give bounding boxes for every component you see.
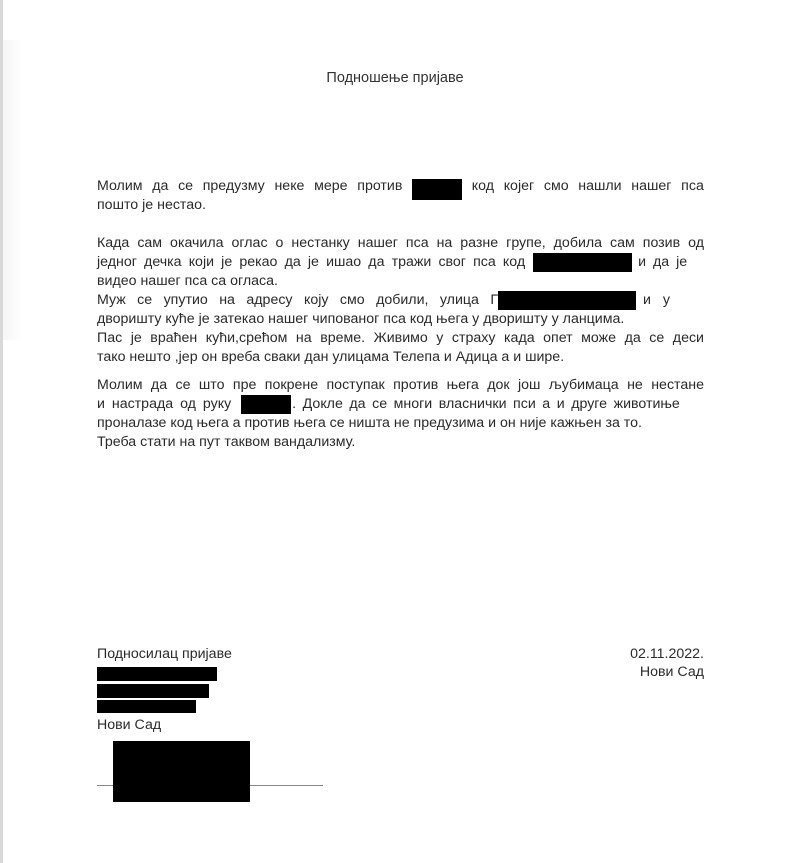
redaction-box-signature	[113, 741, 250, 802]
text: дворишту куће је затекао нашег чипованог…	[97, 310, 624, 329]
paragraph-2-line-2: једног дечка који је рекао да је ишао да…	[97, 253, 704, 272]
word: предузму	[203, 177, 265, 196]
paragraph-3-line-2: и настрада од руку . Докле да се многи в…	[97, 395, 704, 414]
paragraph-3-line-1: Молим да се што пре покрене поступак про…	[97, 376, 704, 395]
word: против	[357, 177, 402, 196]
word: код	[472, 177, 494, 196]
paragraph-2-line-6: Пас је враћен кући,срећом на време. Живи…	[97, 329, 704, 348]
paragraph-3: Молим да се што пре покрене поступак про…	[97, 376, 704, 452]
redaction-box	[498, 291, 636, 310]
text: Муж се упутио на адресу коју смо добили,…	[97, 291, 498, 310]
text: . Докле да се многи власнички пси а и др…	[292, 395, 680, 414]
text: и да је	[638, 253, 687, 272]
word: да	[152, 177, 168, 196]
text: Молим да се што пре покрене поступак про…	[97, 376, 704, 395]
document-place: Нови Сад	[640, 664, 704, 680]
paragraph-1-line-1: Молимдасепредузмунекемерепротивкодкојегс…	[97, 177, 704, 196]
word: којег	[504, 177, 534, 196]
paragraph-2-line-7: тако нешто ,јер он вреба сваки дан улица…	[97, 348, 704, 367]
paragraph-2-line-4: Муж се упутио на адресу коју смо добили,…	[97, 291, 704, 310]
redaction-box-address	[97, 700, 196, 713]
document-date: 02.11.2022.	[630, 646, 704, 662]
word: смо	[544, 177, 569, 196]
redaction-box-id	[97, 684, 209, 698]
text: пошто је нестао.	[97, 196, 206, 215]
paragraph-2: Када сам окачила оглас о нестанку нашег …	[97, 234, 704, 367]
document-title: Подношење пријаве	[0, 70, 790, 86]
text: Треба стати на пут таквом вандализму.	[97, 433, 355, 452]
text: Када сам окачила оглас о нестанку нашег …	[97, 234, 704, 253]
redaction-box	[412, 179, 462, 200]
redaction-box	[241, 395, 291, 414]
paragraph-3-line-4: Треба стати на пут таквом вандализму.	[97, 433, 704, 452]
text: и у	[643, 291, 670, 310]
word: мере	[314, 177, 347, 196]
word: се	[178, 177, 193, 196]
paragraph-2-line-1: Када сам окачила оглас о нестанку нашег …	[97, 234, 704, 253]
text: проналазе код њега а против њега се ништ…	[97, 414, 642, 433]
text: Пас је враћен кући,срећом на време. Живи…	[97, 329, 704, 348]
submitter-city: Нови Сад	[97, 717, 161, 733]
text: видео нашег пса са огласа.	[97, 272, 278, 291]
paragraph-2-line-5: дворишту куће је затекао нашег чипованог…	[97, 310, 704, 329]
redaction-box-name	[97, 667, 217, 681]
submitter-label: Подносилац пријаве	[97, 646, 232, 662]
word: нашег	[631, 177, 671, 196]
word: неке	[274, 177, 304, 196]
paragraph-1-line-2: пошто је нестао.	[97, 196, 704, 215]
text: једног дечка који је рекао да је ишао да…	[97, 253, 525, 272]
paragraph-2-line-3: видео нашег пса са огласа.	[97, 272, 704, 291]
text: тако нешто ,јер он вреба сваки дан улица…	[97, 348, 564, 367]
word: Молим	[97, 177, 143, 196]
redaction-box	[533, 253, 632, 272]
word: пса	[681, 177, 704, 196]
word: нашли	[578, 177, 621, 196]
paragraph-1: Молимдасепредузмунекемерепротивкодкојегс…	[97, 177, 704, 215]
text: и настрада од руку	[97, 395, 231, 414]
paragraph-3-line-3: проналазе код њега а против њега се ништ…	[97, 414, 704, 433]
